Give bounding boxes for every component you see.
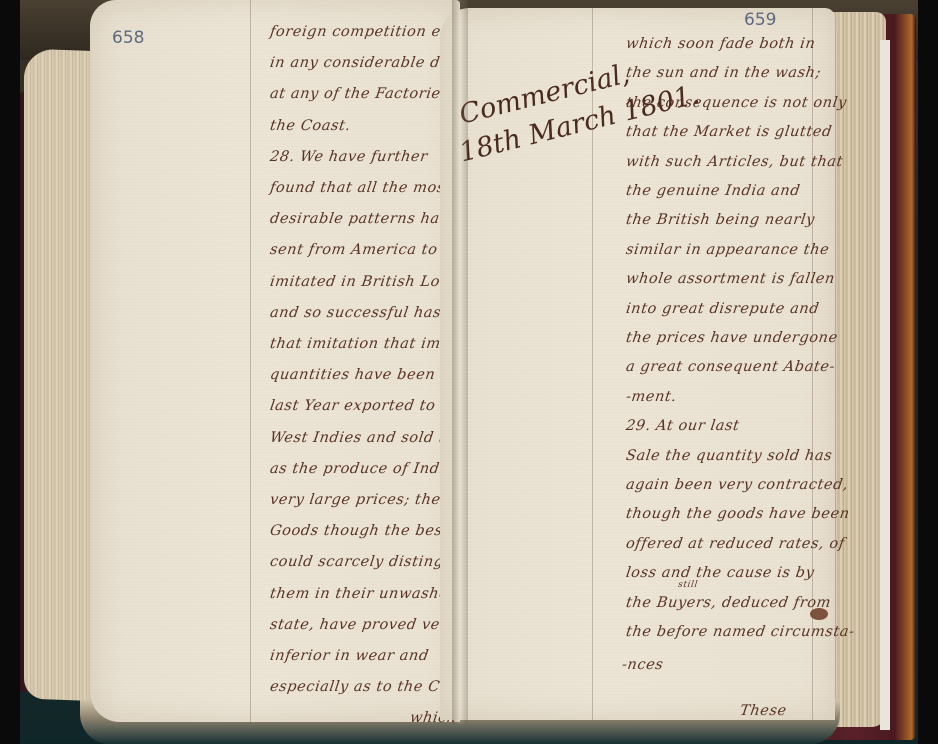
manuscript-line: sent from America to be: [269, 242, 463, 258]
manuscript-line: into great disrepute and: [625, 301, 820, 317]
right-page: 659 Commercial, 18th March 1801. still w…: [440, 8, 835, 720]
manuscript-line: -nces: [621, 657, 665, 673]
margin-rule-left: [250, 0, 251, 722]
manuscript-line: again been very contracted,: [625, 477, 850, 493]
manuscript-line: state, have proved very: [269, 617, 457, 633]
book-photo: 658 foreign competition existedin any co…: [20, 0, 918, 744]
frame-left: [0, 0, 20, 744]
manuscript-line: the prices have undergone: [625, 330, 839, 346]
manuscript-line: the consequence is not only: [625, 95, 848, 111]
manuscript-line: the genuine India and: [625, 183, 801, 199]
manuscript-line: 28. We have further: [269, 149, 429, 165]
manuscript-line: -ment.: [625, 389, 678, 405]
interlinear-insertion: still: [677, 580, 698, 590]
manuscript-line: that the Market is glutted: [625, 124, 833, 140]
manuscript-line: the Buyers, deduced from: [625, 595, 832, 611]
manuscript-line: These: [739, 703, 788, 719]
manuscript-line: which soon fade both in: [625, 36, 817, 52]
gutter: [452, 0, 468, 724]
manuscript-line: whole assortment is fallen: [625, 271, 836, 287]
manuscript-line: them in their unwashed: [269, 586, 459, 602]
frame-right: [918, 0, 938, 744]
manuscript-line: the British being nearly: [625, 212, 816, 228]
manuscript-line: the sun and in the wash;: [625, 65, 822, 81]
manuscript-line: similar in appearance the: [625, 242, 831, 258]
manuscript-line: with such Articles, but that: [625, 154, 844, 170]
left-page: 658 foreign competition existedin any co…: [90, 0, 460, 722]
manuscript-line: though the goods have been: [625, 506, 851, 522]
manuscript-line: loss and the cause is by: [625, 565, 816, 581]
manuscript-line: the before named circumsta-: [625, 624, 856, 640]
folio-number-right: 659: [744, 10, 776, 30]
manuscript-line: the Coast.: [269, 118, 352, 134]
endpaper-right: [880, 40, 890, 730]
manuscript-line: offered at reduced rates, of: [625, 536, 846, 552]
manuscript-line: a great consequent Abate-: [625, 359, 836, 375]
manuscript-line: found that all the most: [269, 180, 453, 196]
manuscript-line: 29. At our last: [625, 418, 741, 434]
manuscript-line: very large prices; these: [269, 492, 459, 508]
manuscript-line: inferior in wear and: [269, 648, 430, 664]
manuscript-line: Sale the quantity sold has: [625, 448, 833, 464]
manuscript-line: last Year exported to the: [269, 398, 467, 414]
ink-stain: [810, 608, 828, 620]
folio-number-left: 658: [112, 28, 144, 48]
